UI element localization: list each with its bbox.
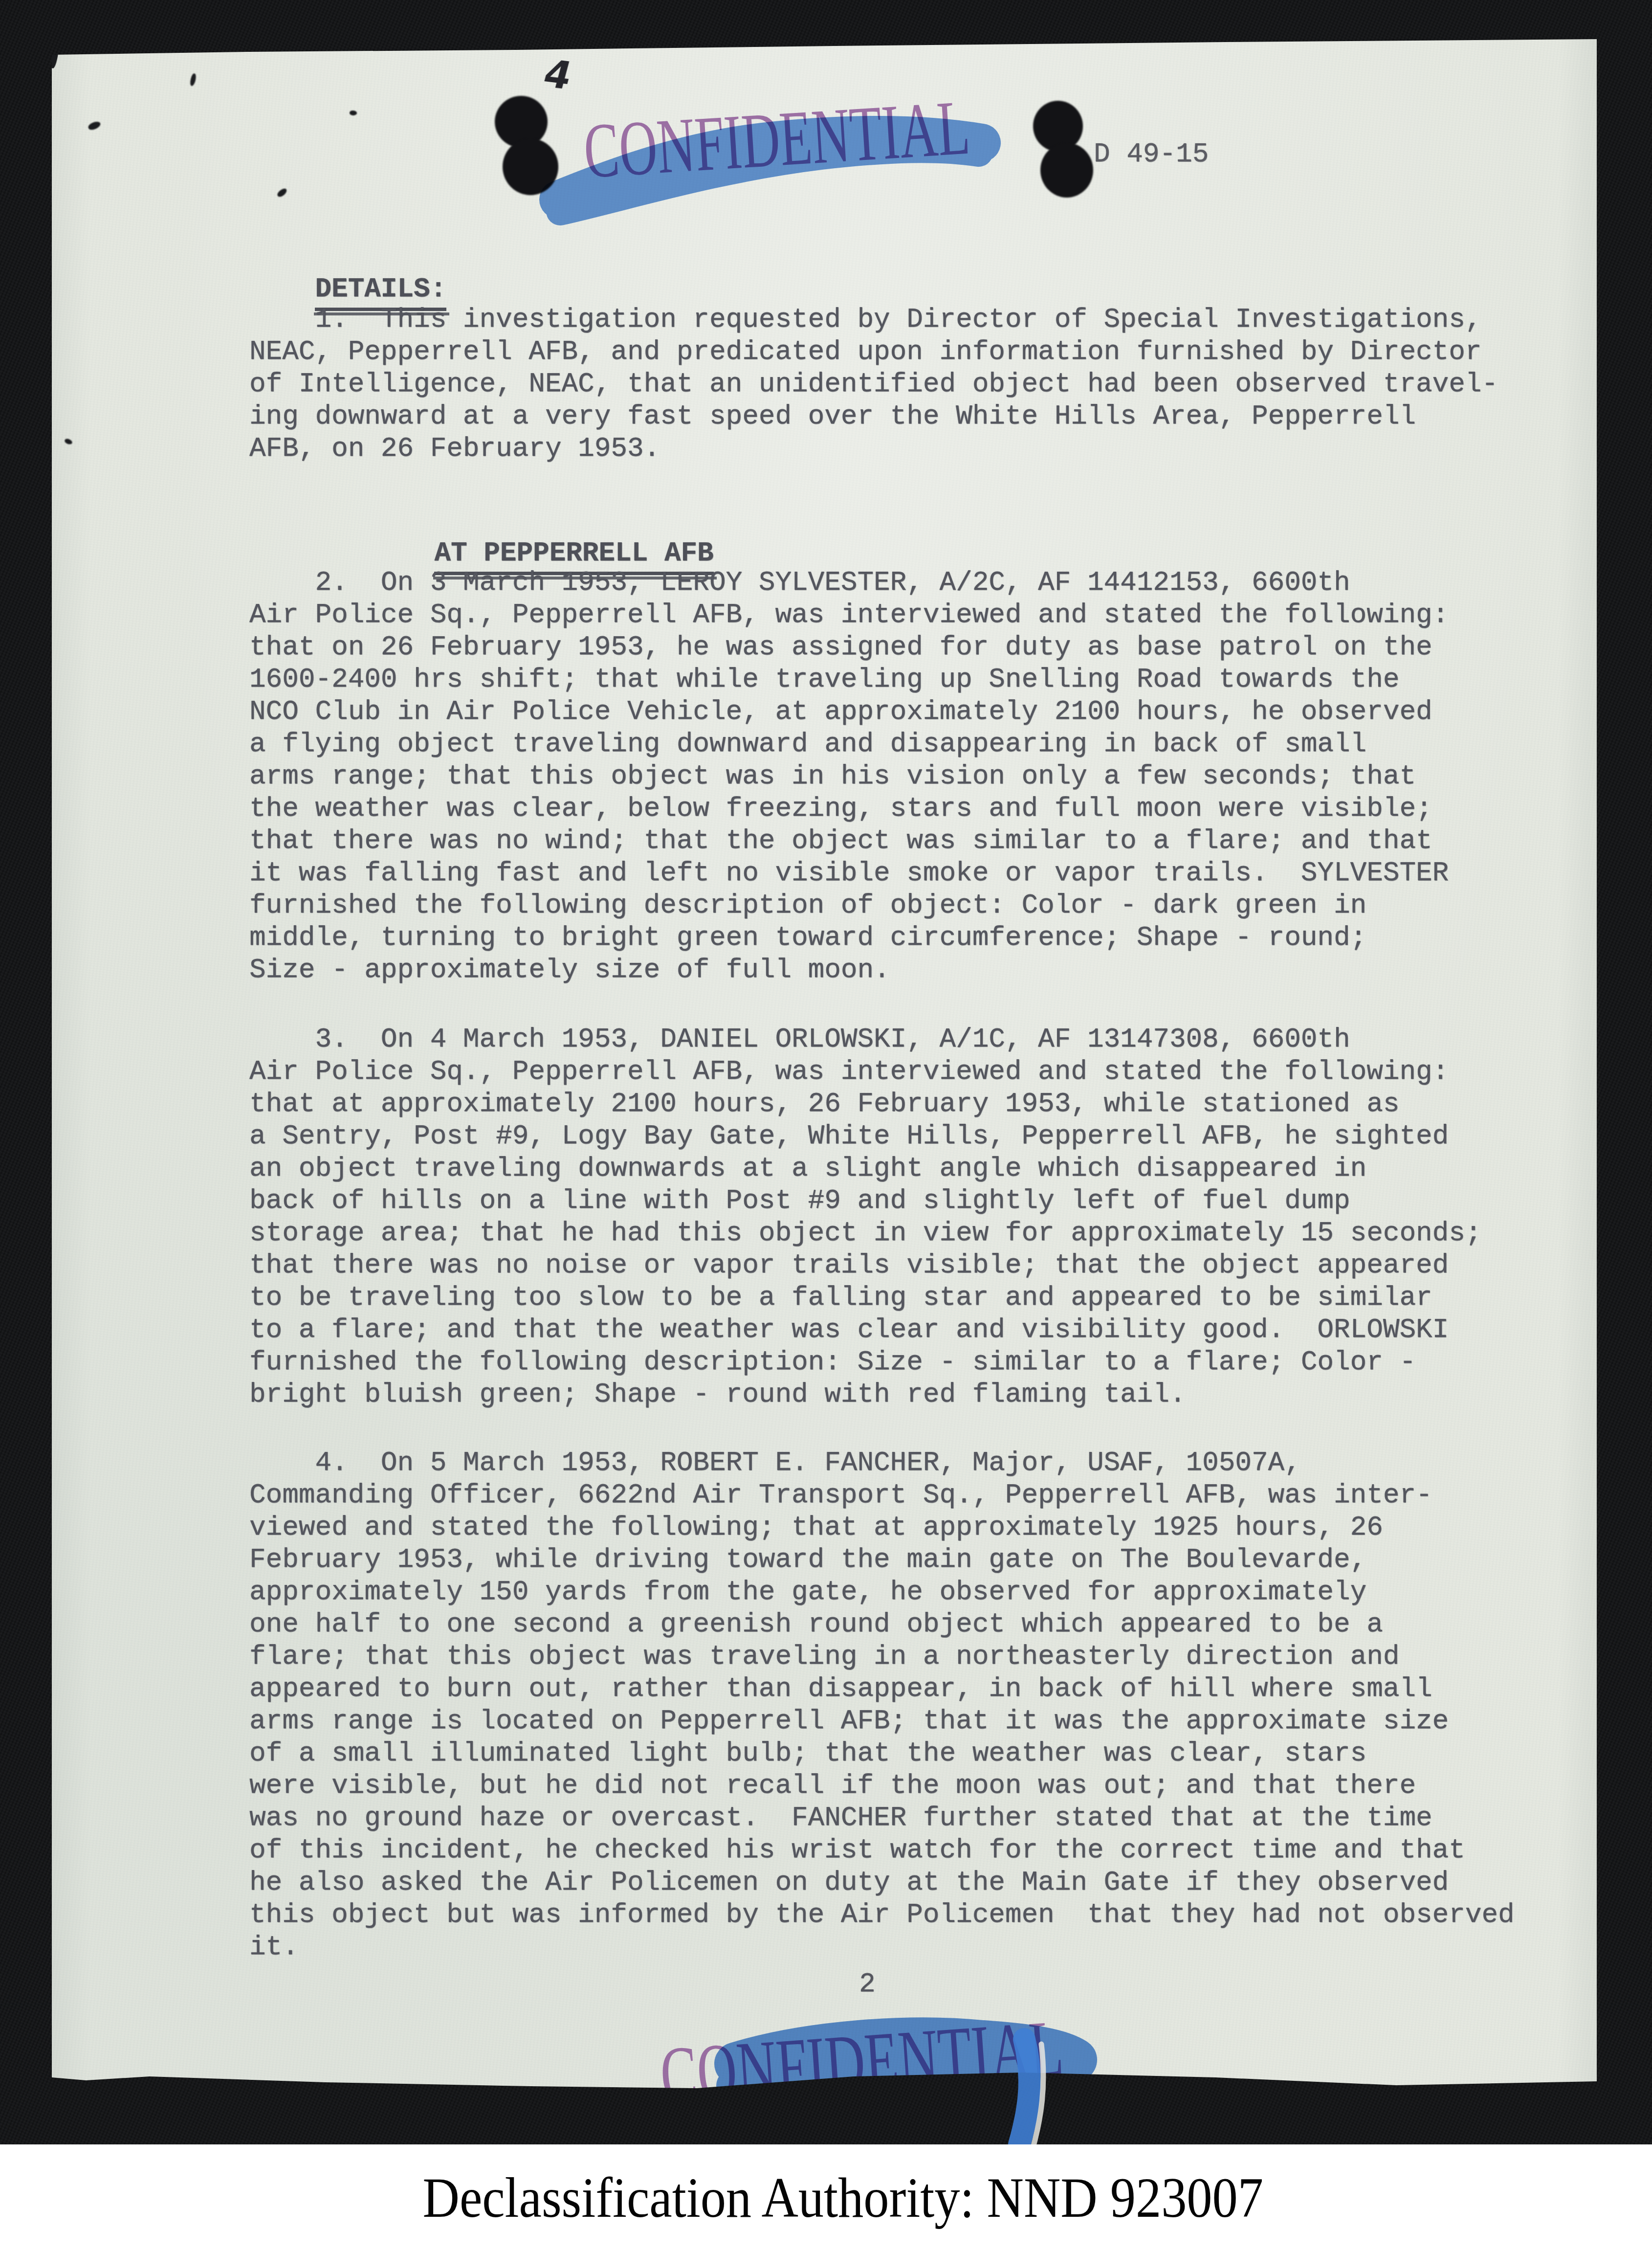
- pen-tick-icon: [49, 38, 61, 68]
- scan-background: { "scan": { "handwritten_mark": "4", "do…: [0, 0, 1652, 2252]
- declassification-footer: Declassification Authority: NND 923007: [0, 2144, 1652, 2252]
- paragraph-4: 4. On 5 March 1953, ROBERT E. FANCHER, M…: [249, 1447, 1560, 1963]
- ink-speck-icon: [87, 120, 101, 131]
- ink-speck-icon: [64, 438, 73, 446]
- paragraph-2: 2. On 3 March 1953, LEROY SYLVESTER, A/2…: [249, 566, 1560, 986]
- paragraph-3: 3. On 4 March 1953, DANIEL ORLOWSKI, A/1…: [249, 1023, 1560, 1410]
- ink-speck-icon: [189, 73, 197, 87]
- footer-text: Declassification Authority: NND 923007: [423, 2166, 1263, 2231]
- document-page: 4 CONFIDENTIAL DETAILS: 1. This investig…: [52, 38, 1597, 2090]
- ink-speck-icon: [276, 187, 288, 198]
- ink-blot-icon: [1040, 143, 1093, 198]
- marker-tail-icon: [997, 2029, 1080, 2162]
- ink-speck-icon: [350, 111, 357, 115]
- document-number: D 49-15: [1094, 138, 1209, 170]
- paragraph-1: 1. This investigation requested by Direc…: [249, 303, 1560, 465]
- confidential-stamp-top: CONFIDENTIAL: [548, 68, 1017, 230]
